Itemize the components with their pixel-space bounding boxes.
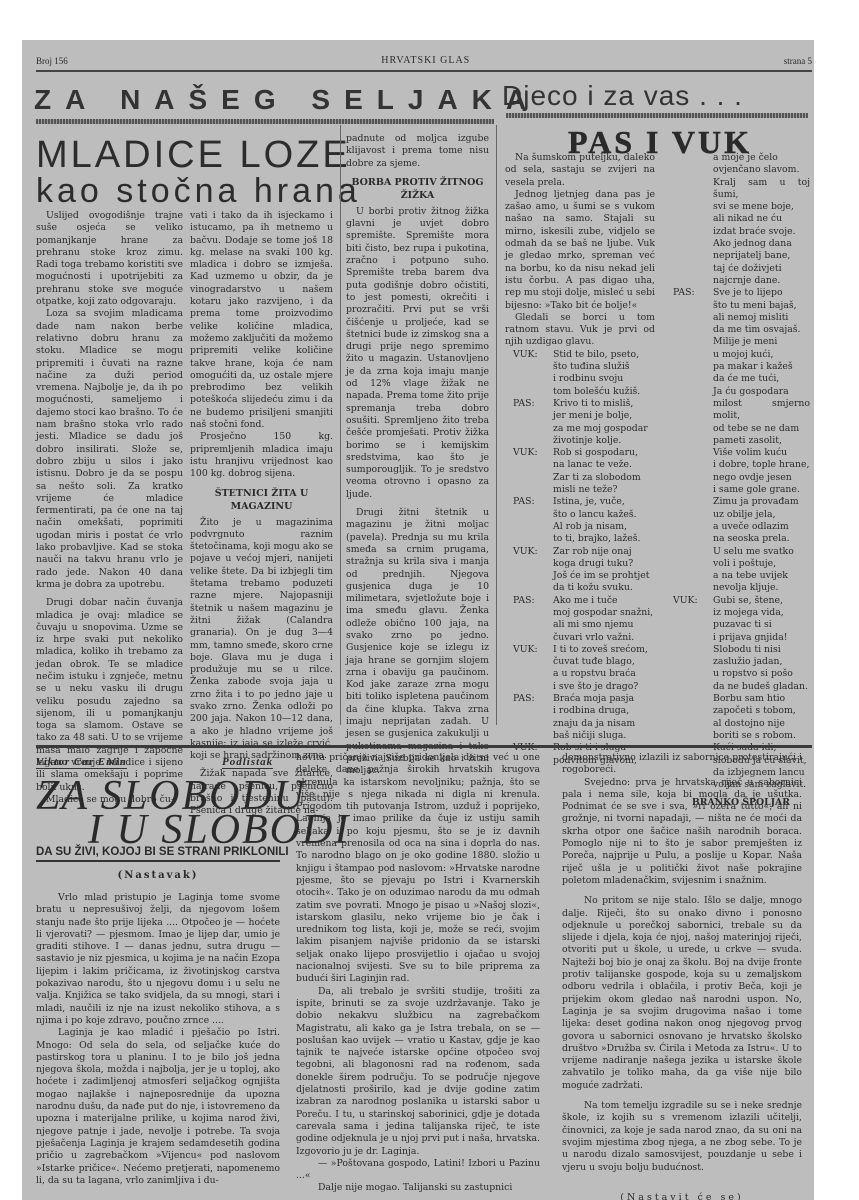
poem-line: najcrnje dane.: [665, 275, 810, 287]
poem-line: što o lancu kažeš.: [505, 509, 655, 521]
column-divider: [496, 125, 497, 725]
poem-line: zaslužio jadan,: [665, 656, 810, 668]
poem-line: VUK:Gubi se, štene,: [665, 595, 810, 607]
speaker-label: VUK:: [673, 595, 698, 607]
poem-line: Ja ću gospodara: [665, 386, 810, 398]
poem-line: da ti kožu svuku.: [505, 582, 655, 594]
speaker-label: VUK:: [513, 349, 538, 361]
section-banner-children: Djeco i za vas . . .: [502, 80, 812, 112]
poem-line: moj gospodar snažni,: [505, 607, 655, 619]
poem-line: U selu me svatko: [665, 546, 810, 558]
poem-line: na seoska prela.: [665, 533, 810, 545]
poem-line: al dostojno nije: [665, 718, 810, 730]
poem-line: znaju da ja nisam: [505, 718, 655, 730]
poem-line: i dobre, tople hrane,: [665, 459, 810, 471]
poem-line: i rodbinu svoju: [505, 373, 655, 385]
poem-line: ali nemoj misliti: [665, 312, 810, 324]
article1-column2: vati i tako da ih isjeckamo i istucamo, …: [190, 210, 333, 818]
poem-intro: Gledali se borci u tom ratnom stavu. Vuk…: [505, 312, 655, 349]
feuilleton-column3: demonstrativno izlazili iz sabornice pro…: [562, 752, 802, 1200]
poem-line: a na tebe uvijek: [665, 570, 810, 582]
poem-line: Slobodu ti nisi: [665, 644, 810, 656]
poem-line: jer meni je bolje,: [505, 410, 655, 422]
column-divider: [340, 125, 341, 725]
poem-line: u ropstvo si pošo: [665, 668, 810, 680]
paragraph: U borbi protiv žitnog žižka glavni je uv…: [346, 206, 489, 501]
poem-line: čuvari vrlo važni.: [505, 632, 655, 644]
poem-line: VUK:Zar rob nije onaj: [505, 546, 655, 558]
feuilleton-subtitle: DA SU ŽIVI, KOJOJ BI SE STRANI PRIKLONIL…: [36, 846, 280, 862]
paragraph: demonstrativno izlazili iz sabornice pro…: [562, 752, 802, 777]
poem-line: započeti s tobom,: [665, 705, 810, 717]
poem-line: VUK:Rob si gospodaru,: [505, 447, 655, 459]
poem-line: ovjenčano slavom.: [665, 164, 810, 176]
poem-line: i prijava gnjida!: [665, 632, 810, 644]
poem-line: ali nikad ne ću: [665, 213, 810, 225]
poem-line: Ako jednog dana: [665, 238, 810, 250]
poem-intro: Na šumskom puteljku, daleko od sela, sas…: [505, 152, 655, 189]
article-title-line2: kao stočna hrana: [36, 172, 361, 211]
paragraph: Uslijed ovogodišnje trajne suše osjeća s…: [36, 210, 183, 308]
poem-line: koga drugi tuku?: [505, 558, 655, 570]
poem-line: ali mi smo njemu: [505, 619, 655, 631]
speaker-label: VUK:: [513, 546, 538, 558]
paragraph: No pritom se nije stalo. Išlo se dalje, …: [562, 895, 802, 1092]
poem-line: a u ropstvu braća: [505, 668, 655, 680]
page-header: Broj 156 HRVATSKI GLAS strana 5: [36, 52, 812, 66]
page-margin: [814, 0, 859, 1200]
poem-line: a moje je čelo: [665, 152, 810, 164]
speaker-label: PAS:: [673, 287, 695, 299]
feuilleton-label: Podlistak: [222, 756, 273, 769]
speaker-label: VUK:: [513, 447, 538, 459]
poem-line: životinje kolje.: [505, 435, 655, 447]
article-title-line1: MLADICE LOZE: [36, 134, 351, 177]
paragraph: Svejedno: prva je hrvatska riječ u sabor…: [562, 777, 802, 888]
continued-label: (Nastavak): [36, 870, 280, 881]
poem-line: izdat braće svoje.: [665, 226, 810, 238]
paragraph: Na tom temelju izgradile su se i neke sr…: [562, 1100, 802, 1174]
speaker-label: PAS:: [513, 693, 535, 705]
poem-line: puzavac ti si: [665, 619, 810, 631]
poem-line: na lanac te veže.: [505, 459, 655, 471]
section-divider: [36, 745, 812, 748]
feuilleton-column1: Vrlo mlad pristupio je Laginja tome svom…: [36, 892, 280, 1187]
poem-line: iz mojega vida,: [665, 607, 810, 619]
poem-line: PAS:Krivo ti to misliš,: [505, 398, 655, 410]
speaker-label: VUK:: [513, 644, 538, 656]
poem-line: u mojoj kući,: [665, 349, 810, 361]
poem-line: baš ničiji sluga.: [505, 730, 655, 742]
poem-line: Zimu ja provađam: [665, 496, 810, 508]
banner-hatch-left: [36, 119, 494, 124]
paragraph: Da, ali trebalo je svršiti studije, troš…: [296, 986, 540, 1158]
newspaper-title: HRVATSKI GLAS: [381, 55, 470, 66]
poem-line: misli ne teže?: [505, 484, 655, 496]
speaker-label: PAS:: [513, 496, 535, 508]
paragraph: Dalje nije mogao. Talijanski su zastupni…: [296, 1182, 540, 1194]
paragraph: Drugi žitni štetnik u magazinu je žitni …: [346, 507, 489, 778]
header-rule: [36, 70, 812, 72]
poem-line: i rodbina druga,: [505, 705, 655, 717]
poem-line: da ne budeš gladan.: [665, 681, 810, 693]
paragraph: Laginja je kao mladić i pješačio po Istr…: [36, 1027, 280, 1187]
speaker-label: PAS:: [513, 398, 535, 410]
poem-column1: Na šumskom puteljku, daleko od sela, sas…: [505, 152, 655, 767]
article1-column1: Uslijed ovogodišnje trajne suše osjeća s…: [36, 210, 183, 806]
poem-column2: a moje je čeloovjenčano slavom.Kralj sam…: [665, 152, 810, 810]
poem-line: da me tim osvajaš.: [665, 324, 810, 336]
article3-column: padnute od moljca izgube klijavost i pre…: [346, 133, 489, 778]
feuilleton-author: Viktor Car Emin: [36, 756, 127, 769]
section-banner-farmer: ZA NAŠEG SELJAKA: [34, 84, 499, 114]
paragraph: Prosječno 150 kg. pripremljenih mladica …: [190, 431, 333, 480]
article3-title: BORBA PROTIV ŽITNOG ŽIŽKA: [346, 176, 489, 202]
poem-dialogue: VUK:Stid te bilo, pseto,što tuđina služi…: [505, 349, 655, 767]
poem-line: VUK:Stid te bilo, pseto,: [505, 349, 655, 361]
poem-line: tom bolešću kužiš.: [505, 386, 655, 398]
article2-title: ŠTETNICI ŽITA U MAGAZINU: [190, 487, 333, 513]
poem-line: i sve što je drago?: [505, 681, 655, 693]
poem-line: voli i poštuje,: [665, 558, 810, 570]
poem-line: što tuđina služiš: [505, 361, 655, 373]
poem-line: PAS:Sve je to lijepo: [665, 287, 810, 299]
poem-line: za me moj gospodar: [505, 423, 655, 435]
poem-line: Borbu sam htio: [665, 693, 810, 705]
paragraph: hovita pričanja najviše pridonijela da s…: [296, 752, 540, 986]
poem-line: to ti, brajko, lažeš.: [505, 533, 655, 545]
speaker-label: PAS:: [513, 595, 535, 607]
banner-hatch-right: [506, 113, 808, 118]
poem-line: i same gole grane.: [665, 484, 810, 496]
paragraph: Loza sa svojim mladicama dade nam nakon …: [36, 308, 183, 591]
paragraph: Žito je u magazinima podvrgnuto raznim š…: [190, 517, 333, 763]
poem-line: neprijatelj bane,: [665, 250, 810, 262]
poem-line: boriti se s robom.: [665, 730, 810, 742]
poem-line: PAS:Istina, je, vuče,: [505, 496, 655, 508]
poem-line: pa makar i kažeš: [665, 361, 810, 373]
paragraph: padnute od moljca izgube klijavost i pre…: [346, 133, 489, 170]
poem-dialogue: a moje je čeloovjenčano slavom.Kralj sam…: [665, 152, 810, 791]
poem-line: Milije je meni: [665, 336, 810, 348]
paragraph: Vrlo mlad pristupio je Laginja tome svom…: [36, 892, 280, 1027]
issue-number: Broj 156: [36, 56, 68, 66]
page-number: strana 5: [784, 56, 812, 66]
poem-line: što tu meni bajaš,: [665, 300, 810, 312]
poem-line: svi se mene boje,: [665, 201, 810, 213]
poem-line: da će me tući,: [665, 373, 810, 385]
paragraph: vati i tako da ih isjeckamo i istucamo, …: [190, 210, 333, 431]
poem-line: taj će doživjeti: [665, 263, 810, 275]
poem-line: PAS:Braća moja pasja: [505, 693, 655, 705]
poem-line: Kralj sam u toj šumi,: [665, 177, 810, 202]
poem-line: Još će im se prohtjet: [505, 570, 655, 582]
poem-line: Zar ti za slobodom: [505, 472, 655, 484]
poem-line: milost smjerno molit,: [665, 398, 810, 423]
poem-line: Više volim kuću: [665, 447, 810, 459]
to-be-continued: (Nastavit će se): [562, 1192, 802, 1200]
poem-intro: Jednog ljetnjeg dana pas je zašao amo, u…: [505, 189, 655, 312]
poem-line: VUK:I ti to zoveš srećom,: [505, 644, 655, 656]
poem-line: PAS:Ako me i tuče: [505, 595, 655, 607]
paragraph: — »Poštovana gospodo, Latini! Izbori u P…: [296, 1158, 540, 1183]
poem-line: pameti zasolit,: [665, 435, 810, 447]
poem-line: od tebe se ne dam: [665, 423, 810, 435]
poem-line: nevolja kljuje.: [665, 582, 810, 594]
poem-line: nego ovdje jesen: [665, 472, 810, 484]
feuilleton-column2: hovita pričanja najviše pridonijela da s…: [296, 752, 540, 1195]
poem-line: čuvat tuđe blago,: [505, 656, 655, 668]
poem-line: a uveče odlazim: [665, 521, 810, 533]
poem-line: uz obilje jela,: [665, 509, 810, 521]
poem-line: Al rob ja nisam,: [505, 521, 655, 533]
